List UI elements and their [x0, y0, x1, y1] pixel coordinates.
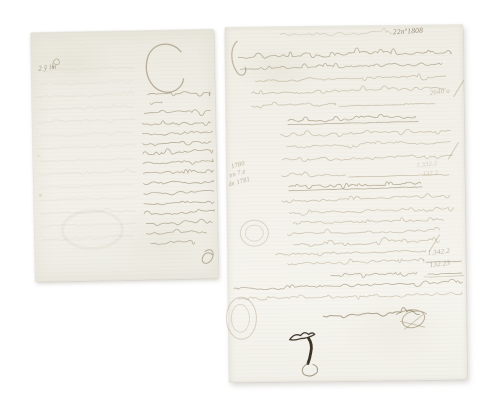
script-stroke: [238, 292, 462, 300]
script-stroke: [150, 102, 162, 105]
left-manuscript-ink-art: [31, 29, 219, 281]
script-stroke: [282, 171, 346, 177]
flourish-mark: [231, 304, 249, 332]
amount-figure-2: 1.332.2: [416, 161, 437, 170]
script-stroke: [144, 190, 214, 195]
right-manuscript-ink-art: [225, 25, 467, 383]
script-stroke: [146, 229, 206, 235]
script-stroke: [144, 109, 210, 116]
flourish-mark: [400, 315, 424, 329]
script-stroke: [289, 181, 421, 189]
flourish-mark: [454, 81, 464, 97]
script-stroke: [238, 47, 451, 59]
rules-stroke: [288, 121, 418, 125]
script-stroke: [287, 227, 439, 235]
rules-stroke: [424, 276, 464, 278]
bleed-stroke: [38, 92, 134, 98]
rules-stroke: [339, 103, 435, 106]
script-stroke: [148, 91, 210, 97]
flourish-mark: [245, 225, 263, 241]
script-stroke: [143, 141, 211, 146]
script-stroke: [288, 258, 424, 265]
script-stroke: [252, 85, 446, 94]
flourish-mark: [62, 210, 123, 249]
script-stroke: [143, 131, 213, 136]
amount-figure-3: 132.2: [422, 170, 438, 178]
flourish-mark: [146, 44, 184, 93]
bleed-stroke: [39, 104, 133, 111]
bleed-stroke: [42, 184, 134, 188]
bleed-stroke: [38, 118, 134, 124]
right-manuscript: 22nº18082640 a1.332.2132.21.342.2132.231…: [225, 25, 467, 383]
bleed-stroke: [39, 169, 135, 175]
script-stroke: [151, 240, 195, 245]
script-stroke: [144, 209, 214, 215]
margin-mark-plus: +.: [37, 155, 42, 160]
photo-canvas: 2 ỹ lm+.m 22nº18082640 a1.332.2132.21.34…: [0, 0, 500, 415]
bleed-stroke: [39, 144, 135, 149]
flourish-mark: [226, 297, 257, 339]
date-notation: 22nº1808: [393, 26, 424, 35]
script-stroke: [143, 148, 213, 155]
script-stroke: [293, 217, 443, 224]
script-stroke: [282, 193, 450, 203]
script-stroke: [143, 159, 213, 165]
script-stroke: [276, 250, 426, 256]
bleed-stroke: [40, 80, 132, 85]
flourish-mark: [396, 310, 426, 328]
script-stroke: [293, 237, 439, 246]
left-manuscript: 2 ỹ lm+.m: [31, 29, 219, 281]
flourish-mark: [308, 338, 312, 363]
script-stroke: [146, 219, 212, 226]
script-stroke: [144, 201, 214, 206]
script-stroke: [143, 169, 213, 174]
script-stroke: [323, 307, 419, 318]
script-stroke: [288, 114, 416, 122]
rules-stroke: [428, 273, 462, 275]
script-stroke: [240, 62, 442, 70]
script-stroke: [255, 73, 445, 82]
script-stroke: [280, 129, 450, 137]
script-stroke: [252, 101, 336, 107]
script-stroke: [289, 207, 453, 215]
script-stroke: [144, 180, 214, 184]
bleed-stroke: [40, 158, 134, 162]
flourish-mark: [240, 220, 268, 246]
flourish-mark: [202, 250, 213, 264]
script-stroke: [286, 140, 450, 148]
script-stroke: [331, 272, 417, 278]
bleed-stroke: [41, 131, 131, 136]
script-stroke: [280, 28, 392, 36]
script-stroke: [234, 279, 462, 290]
flourish-mark: [448, 143, 458, 159]
flourish-mark: [290, 333, 315, 340]
script-stroke: [142, 120, 210, 127]
margin-mark-m: m: [39, 194, 43, 199]
flourish-mark: [232, 41, 246, 75]
flourish-mark: [302, 363, 317, 376]
bleed-stroke: [40, 197, 136, 201]
